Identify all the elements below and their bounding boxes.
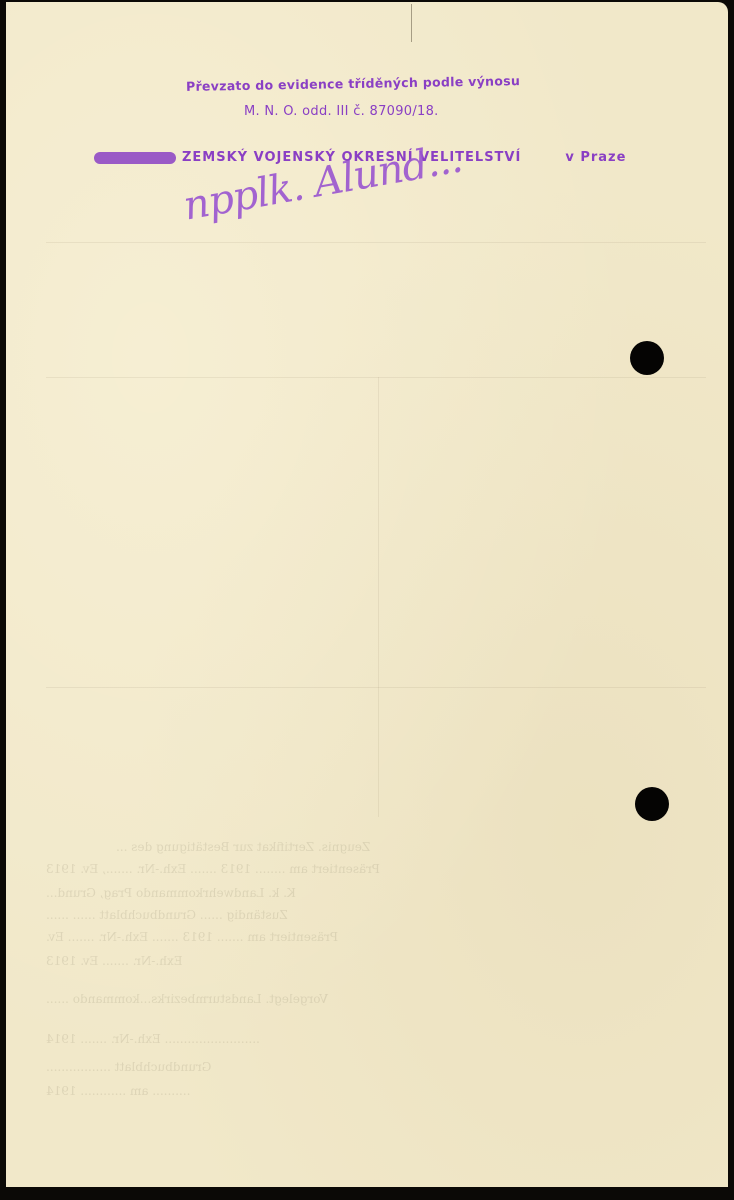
punch-hole-lower [635, 787, 669, 821]
bleed-text: Exh.-Nr. ....... Ev. 1913 [46, 954, 182, 968]
paper-fold-mark [411, 4, 412, 42]
bleed-text: Vorgelegt. Landsturmbezirks...kommando .… [46, 992, 328, 1006]
bleed-rule [46, 377, 706, 378]
bleed-text: Grundbuchblatt ................. [46, 1060, 211, 1074]
bleed-text: K. k. Landwehrkommando Prag, Grund... [46, 886, 296, 900]
ink-blot [94, 152, 176, 164]
bleed-text: Zuständig ...... Grundbuchblatt ...... .… [46, 908, 288, 922]
punch-hole-upper [630, 341, 664, 375]
registration-stamp-line1: Převzato do evidence tříděných podle výn… [186, 73, 520, 94]
document-page: Zeugnis. Zertifikat zur Bestätigung des … [6, 2, 728, 1187]
command-stamp-place: v Praze [565, 150, 626, 165]
bleed-text: Präsentiert am ....... 1913 ....... Exh.… [46, 930, 338, 944]
registration-stamp-line2: M. N. O. odd. III č. 87090/18. [244, 104, 439, 119]
bleed-rule [46, 242, 706, 243]
bleed-rule [378, 377, 379, 817]
bleed-rule [46, 687, 706, 688]
bleed-text: Präsentiert am ........ 1913 ....... Exh… [46, 862, 380, 876]
bleed-text: Zeugnis. Zertifikat zur Bestätigung des … [116, 840, 370, 854]
bleed-text: ......................... Exh.-Nr. .....… [46, 1032, 260, 1046]
bleed-text: .......... am ............ 1914 [46, 1084, 190, 1098]
